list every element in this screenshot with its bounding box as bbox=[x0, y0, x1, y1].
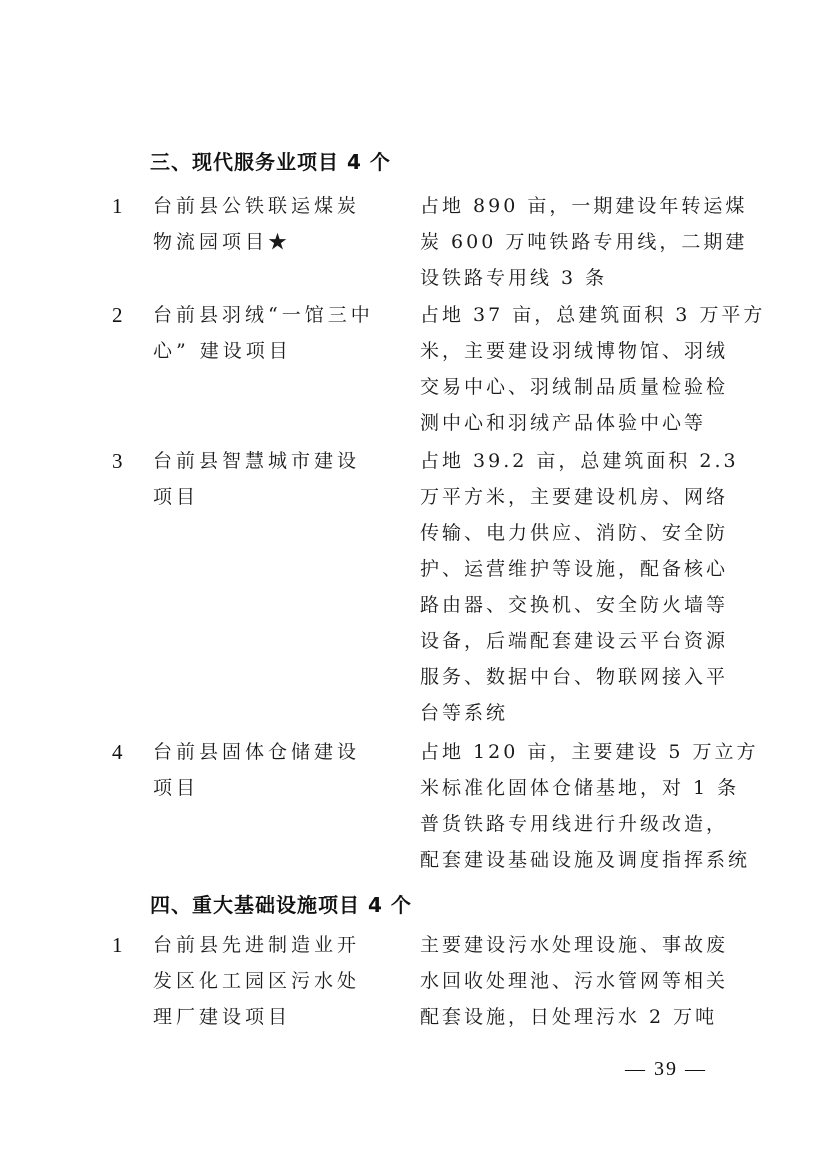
project-description-line: 米，主要建设羽绒博物馆、羽绒 bbox=[420, 333, 750, 369]
project-description-line: 设铁路专用线 3 条 bbox=[420, 260, 750, 296]
section-heading: 三、现代服务业项目 4 个 bbox=[150, 146, 391, 175]
project-description-line: 传输、电力供应、消防、安全防 bbox=[420, 515, 750, 551]
project-description-line: 护、运营维护等设施，配备核心 bbox=[420, 551, 750, 587]
project-number: 4 bbox=[112, 734, 123, 770]
project-description-line: 普货铁路专用线进行升级改造， bbox=[420, 806, 750, 842]
project-name: 台前县固体仓储建设 项目 bbox=[153, 734, 383, 806]
project-name-line: 台前县公铁联运煤炭 bbox=[153, 188, 383, 224]
project-description-line: 米标准化固体仓储基地，对 1 条 bbox=[420, 770, 750, 806]
project-description-line: 交易中心、羽绒制品质量检验检 bbox=[420, 369, 750, 405]
project-name-line: 项目 bbox=[153, 479, 383, 515]
project-description: 占地 120 亩，主要建设 5 万立方 米标准化固体仓储基地，对 1 条 普货铁… bbox=[420, 734, 750, 878]
project-description-line: 设备，后端配套建设云平台资源 bbox=[420, 623, 750, 659]
project-description-line: 水回收处理池、污水管网等相关 bbox=[420, 963, 750, 999]
project-description-line: 测中心和羽绒产品体验中心等 bbox=[420, 405, 750, 441]
project-description-line: 占地 120 亩，主要建设 5 万立方 bbox=[420, 734, 750, 770]
project-description-line: 台等系统 bbox=[420, 695, 750, 731]
project-description: 占地 890 亩，一期建设年转运煤 炭 600 万吨铁路专用线，二期建 设铁路专… bbox=[420, 188, 750, 296]
project-name-line: 心” 建设项目 bbox=[153, 333, 383, 369]
project-name-line: 台前县先进制造业开 bbox=[153, 927, 383, 963]
project-description: 占地 39.2 亩，总建筑面积 2.3 万平方米，主要建设机房、网络 传输、电力… bbox=[420, 443, 750, 731]
project-description-line: 服务、数据中台、物联网接入平 bbox=[420, 659, 750, 695]
project-name: 台前县先进制造业开 发区化工园区污水处 理厂建设项目 bbox=[153, 927, 383, 1035]
project-description-line: 路由器、交换机、安全防火墙等 bbox=[420, 587, 750, 623]
project-number: 3 bbox=[112, 443, 123, 479]
project-name-line: 理厂建设项目 bbox=[153, 999, 383, 1035]
project-name-line: 物流园项目★ bbox=[153, 224, 383, 260]
project-description-line: 占地 890 亩，一期建设年转运煤 bbox=[420, 188, 750, 224]
project-description-line: 万平方米，主要建设机房、网络 bbox=[420, 479, 750, 515]
project-name: 台前县羽绒“一馆三中 心” 建设项目 bbox=[153, 297, 383, 369]
document-page: 三、现代服务业项目 4 个 1 台前县公铁联运煤炭 物流园项目★ 占地 890 … bbox=[0, 0, 826, 1169]
project-number: 2 bbox=[112, 297, 123, 333]
section-heading: 四、重大基础设施项目 4 个 bbox=[150, 889, 412, 918]
project-description-line: 配套建设基础设施及调度指挥系统 bbox=[420, 842, 750, 878]
project-name: 台前县智慧城市建设 项目 bbox=[153, 443, 383, 515]
project-number: 1 bbox=[112, 188, 123, 224]
project-name: 台前县公铁联运煤炭 物流园项目★ bbox=[153, 188, 383, 260]
project-number: 1 bbox=[112, 927, 123, 963]
project-name-line: 台前县固体仓储建设 bbox=[153, 734, 383, 770]
page-number: — 39 — bbox=[625, 1058, 707, 1081]
project-description-line: 配套设施，日处理污水 2 万吨 bbox=[420, 999, 750, 1035]
project-description-line: 占地 37 亩，总建筑面积 3 万平方 bbox=[420, 297, 750, 333]
project-description: 主要建设污水处理设施、事故废 水回收处理池、污水管网等相关 配套设施，日处理污水… bbox=[420, 927, 750, 1035]
project-name-line: 发区化工园区污水处 bbox=[153, 963, 383, 999]
project-description-line: 占地 39.2 亩，总建筑面积 2.3 bbox=[420, 443, 750, 479]
project-name-line: 台前县羽绒“一馆三中 bbox=[153, 297, 383, 333]
project-description-line: 主要建设污水处理设施、事故废 bbox=[420, 927, 750, 963]
project-name-line: 台前县智慧城市建设 bbox=[153, 443, 383, 479]
project-name-line: 项目 bbox=[153, 770, 383, 806]
project-description-line: 炭 600 万吨铁路专用线，二期建 bbox=[420, 224, 750, 260]
project-description: 占地 37 亩，总建筑面积 3 万平方 米，主要建设羽绒博物馆、羽绒 交易中心、… bbox=[420, 297, 750, 441]
